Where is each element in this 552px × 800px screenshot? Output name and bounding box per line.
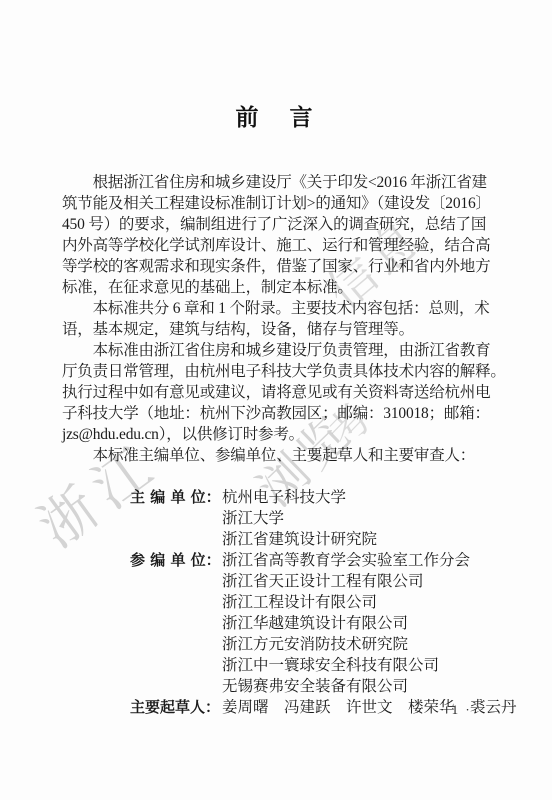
body-line: 本标准主编单位、参编单位、主要起草人和主要审查人：	[62, 445, 494, 466]
body-line: 标准，在征求意见的基础上，制定本标准。	[62, 277, 494, 298]
roster-label: 主要起草人：	[130, 697, 222, 718]
roster: 主 编 单 位：杭州电子科技大学 浙江大学 浙江省建筑设计研究院 参 编 单 位…	[62, 466, 494, 697]
roster-value: 浙江省建筑设计研究院	[222, 531, 377, 548]
body-line: 语，基本规定，建筑与结构，设备，储存与管理等。	[62, 319, 494, 340]
body-line: 执行过程中如有意见或建议，请将意见或有关资料寄送给杭州电	[62, 382, 494, 403]
roster-value: 浙江工程设计有限公司	[222, 594, 377, 611]
roster-value: 浙江方元安消防技术研究院	[222, 636, 408, 653]
body-line: jzs@hdu.edu.cn），以供修订时参考。	[62, 424, 494, 445]
roster-value: 浙江大学	[222, 510, 284, 527]
page-number: · 1 ·	[440, 702, 472, 718]
page-title: 前 言	[0, 99, 552, 132]
roster-value: 无锡赛弗安全装备有限公司	[222, 678, 408, 695]
document-page: 浙江 浏览 考 信息 前 言 根据浙江省住房和城乡建设厅《关于印发<2016 年…	[0, 0, 552, 800]
roster-label: 参 编 单 位：	[130, 550, 222, 571]
roster-value: 浙江中一寰球安全科技有限公司	[222, 657, 439, 674]
body-line: 根据浙江省住房和城乡建设厅《关于印发<2016 年浙江省建	[62, 172, 494, 193]
body-line: 子科技大学（地址：杭州下沙高教园区；邮编：310018；邮箱：	[62, 403, 494, 424]
body-line: 本标准共分 6 章和 1 个附录。主要技术内容包括：总则，术	[62, 298, 494, 319]
body-text: 根据浙江省住房和城乡建设厅《关于印发<2016 年浙江省建筑节能及相关工程建设标…	[62, 172, 494, 466]
body-line: 等学校的客观需求和现实条件，借鉴了国家、行业和省内外地方	[62, 256, 494, 277]
body-line: 内外高等学校化学试剂库设计、施工、运行和管理经验，结合高	[62, 235, 494, 256]
roster-value: 浙江华越建筑设计有限公司	[222, 615, 408, 632]
body-line: 450 号）的要求，编制组进行了广泛深入的调查研究，总结了国	[62, 214, 494, 235]
body-line: 筑节能及相关工程建设标准制订计划>的通知》（建设发〔2016〕	[62, 193, 494, 214]
roster-row: 主 编 单 位：杭州电子科技大学	[62, 466, 494, 487]
roster-value: 杭州电子科技大学	[222, 489, 346, 506]
roster-value: 姜周曙 冯建跃 许世文 楼荣华 裘云丹	[222, 699, 517, 716]
roster-value: 浙江省天正设计工程有限公司	[222, 573, 424, 590]
body-line: 本标准由浙江省住房和城乡建设厅负责管理，由浙江省教育	[62, 340, 494, 361]
roster-label: 主 编 单 位：	[130, 487, 222, 508]
roster-value: 浙江省高等教育学会实验室工作分会	[222, 552, 470, 569]
page-content: 根据浙江省住房和城乡建设厅《关于印发<2016 年浙江省建筑节能及相关工程建设标…	[62, 172, 494, 697]
body-line: 厅负责日常管理，由杭州电子科技大学负责具体技术内容的解释。	[62, 361, 494, 382]
